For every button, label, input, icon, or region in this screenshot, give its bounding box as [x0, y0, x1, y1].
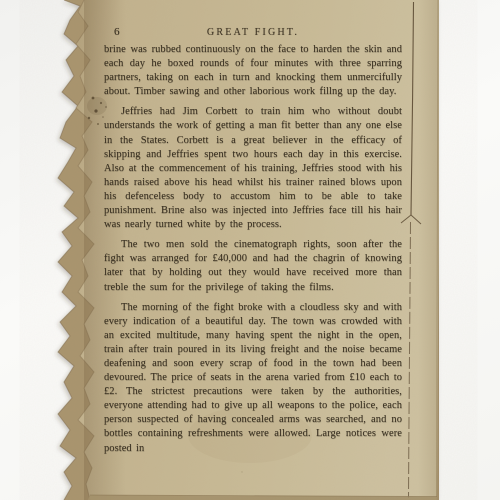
paragraph-4: The morning of the fight broke with a cl… — [104, 301, 402, 456]
photo-of-book-page: { "document": { "page_number": "6", "run… — [0, 0, 500, 500]
running-header: GREAT FIGHT. — [104, 27, 402, 38]
text-column: brine was rubbed continuously on the fac… — [104, 43, 402, 462]
printed-text-layer: 6 GREAT FIGHT. brine was rubbed continuo… — [0, 0, 500, 500]
paragraph-2: Jeffries had Jim Corbett to train him wh… — [104, 105, 402, 232]
paragraph-1: brine was rubbed continuously on the fac… — [104, 43, 402, 99]
paragraph-3: The two men sold the cinematograph right… — [104, 238, 402, 294]
